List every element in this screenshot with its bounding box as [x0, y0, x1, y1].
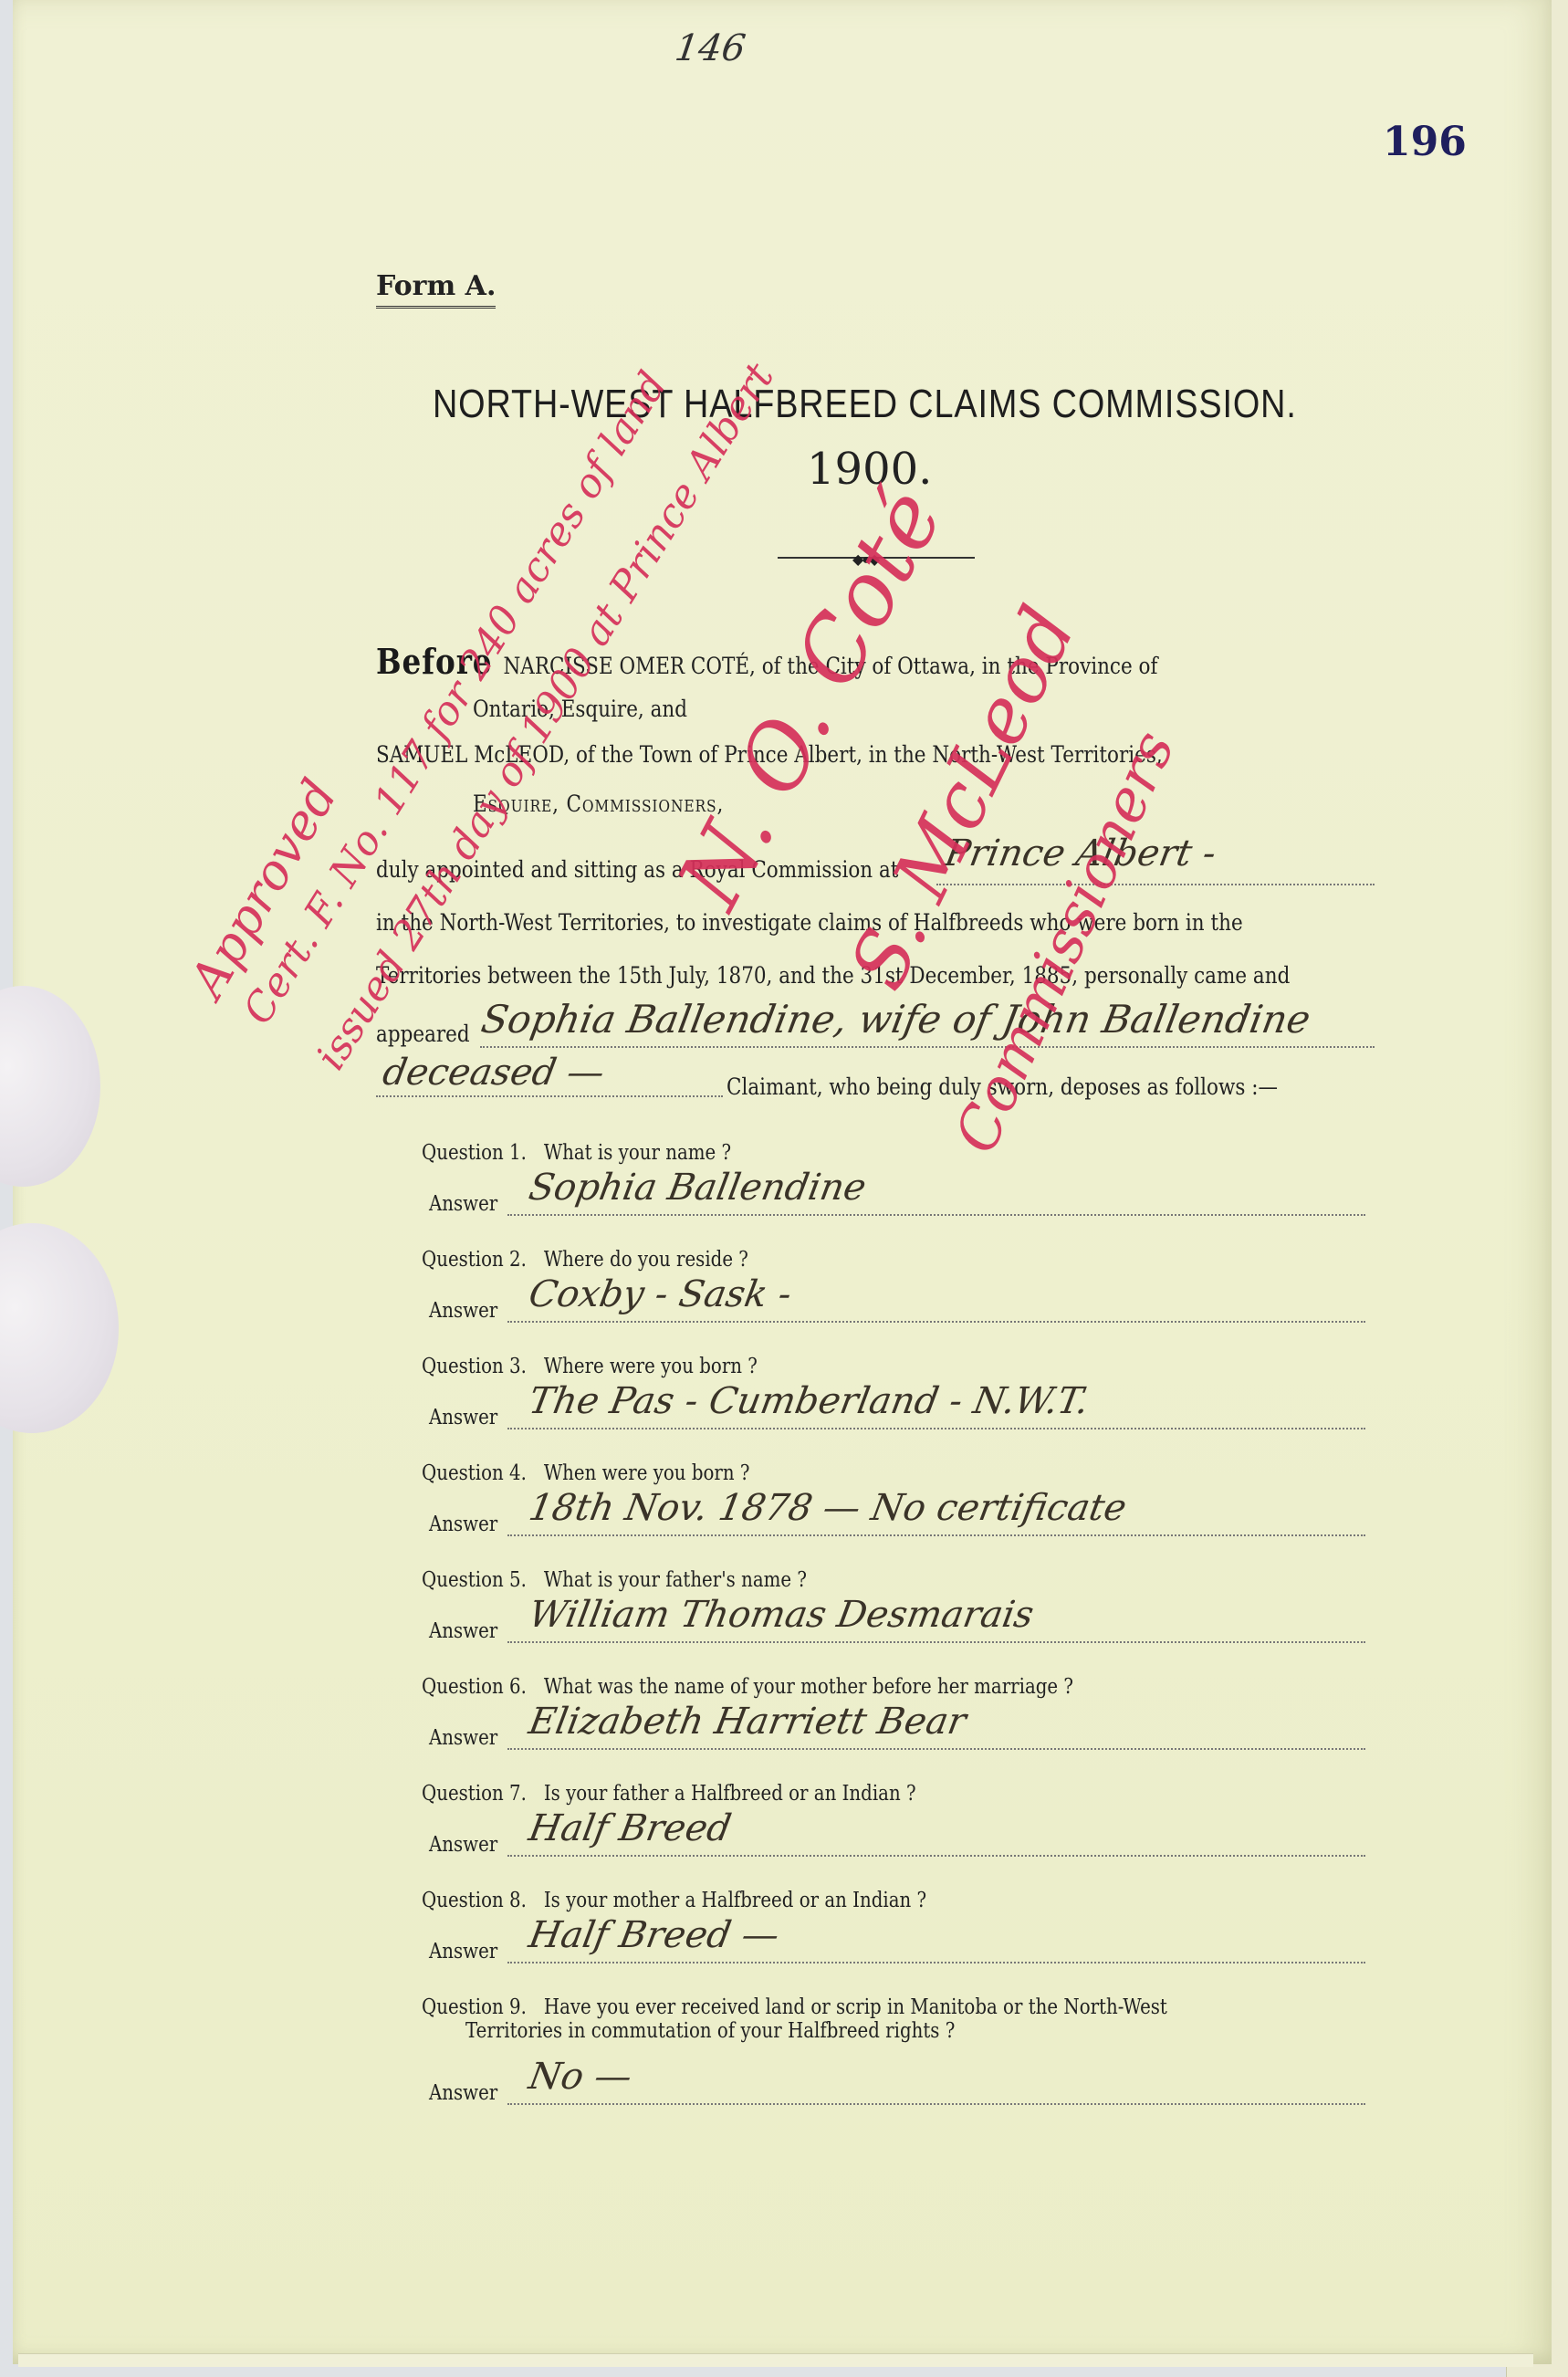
question-text: Have you ever received land or scrip in … — [544, 1995, 1167, 2019]
question-text: What was the name of your mother before … — [544, 1675, 1073, 1699]
question-text: Where were you born ? — [544, 1355, 758, 1378]
question-number: Question 1. — [422, 1141, 527, 1165]
question-text: When were you born ? — [544, 1461, 750, 1485]
document-title: NORTH-WEST HALFBREED CLAIMS COMMISSION. — [433, 382, 1297, 427]
answer-label: Answer — [429, 1619, 497, 1643]
answer-label: Answer — [429, 1940, 497, 1963]
answer-2-field: Coxby - Sask - — [526, 1273, 795, 1315]
question-number: Question 2. — [422, 1248, 527, 1272]
answer-4-field: 18th Nov. 1878 — No certificate — [526, 1487, 1130, 1529]
question-text: Is your mother a Halfbreed or an Indian … — [544, 1889, 926, 1912]
location-field-line — [936, 884, 1375, 885]
question-number: Question 4. — [422, 1461, 527, 1485]
question-number: Question 9. — [422, 1995, 527, 2019]
question-1: Question 1.What is your name ? — [422, 1141, 731, 1165]
question-text: What is your father's name ? — [544, 1568, 807, 1592]
question-9: Question 9.Have you ever received land o… — [422, 1995, 1167, 2019]
answer-field-line — [507, 1321, 1365, 1323]
answer-label: Answer — [429, 1299, 497, 1323]
answer-field-line — [507, 1534, 1365, 1536]
question-6: Question 6.What was the name of your mot… — [422, 1675, 1073, 1699]
claimant-status-field: deceased — — [380, 1052, 608, 1094]
answer-label: Answer — [429, 2081, 497, 2105]
answer-field-line — [507, 1748, 1365, 1750]
question-5: Question 5.What is your father's name ? — [422, 1568, 807, 1592]
preamble-line-7: Territories between the 15th July, 1870,… — [376, 962, 1290, 989]
pencil-page-number: 146 — [673, 27, 748, 69]
question-text: Where do you reside ? — [544, 1248, 748, 1272]
question-number: Question 7. — [422, 1782, 527, 1806]
question-number: Question 5. — [422, 1568, 527, 1592]
answer-field-line — [507, 1641, 1365, 1643]
question-8: Question 8.Is your mother a Halfbreed or… — [422, 1889, 926, 1912]
answer-5-field: William Thomas Desmarais — [526, 1594, 1037, 1636]
form-label: Form A. — [376, 270, 496, 309]
answer-label: Answer — [429, 1192, 497, 1216]
answer-label: Answer — [429, 1406, 497, 1429]
claimant-name-field: Sophia Ballendine, wife of John Ballendi… — [478, 997, 1314, 1042]
answer-6-field: Elizabeth Harriett Bear — [526, 1701, 969, 1743]
answer-label: Answer — [429, 1726, 497, 1750]
question-text: What is your name ? — [544, 1141, 731, 1165]
answer-field-line — [507, 1962, 1365, 1963]
answer-label: Answer — [429, 1513, 497, 1536]
question-number: Question 6. — [422, 1675, 527, 1699]
answer-9-field: No — — [526, 2056, 635, 2098]
claimant-field-line — [480, 1046, 1375, 1048]
answer-1-field: Sophia Ballendine — [526, 1167, 869, 1209]
answer-field-line — [507, 1855, 1365, 1857]
page-bottom-edge — [18, 2353, 1533, 2367]
answer-7-field: Half Breed — [526, 1807, 735, 1849]
claimant-field-line-2 — [376, 1095, 723, 1097]
answer-label: Answer — [429, 1833, 497, 1857]
stamped-page-number: 196 — [1383, 119, 1467, 165]
preamble-line-8-printed: appeared — [376, 1021, 470, 1047]
answer-field-line — [507, 1214, 1365, 1216]
question-7: Question 7.Is your father a Halfbreed or… — [422, 1782, 916, 1806]
question-text: Is your father a Halfbreed or an Indian … — [544, 1782, 916, 1806]
question-number: Question 3. — [422, 1355, 527, 1378]
question-3: Question 3.Where were you born ? — [422, 1355, 758, 1378]
question-text-line-2: Territories in commutation of your Halfb… — [465, 2019, 955, 2043]
answer-3-field: The Pas - Cumberland - N.W.T. — [526, 1380, 1092, 1422]
answer-field-line — [507, 1428, 1365, 1429]
question-number: Question 8. — [422, 1889, 527, 1912]
answer-8-field: Half Breed — — [526, 1914, 782, 1956]
answer-field-line — [507, 2103, 1365, 2105]
question-2: Question 2.Where do you reside ? — [422, 1248, 748, 1272]
question-4: Question 4.When were you born ? — [422, 1461, 749, 1485]
